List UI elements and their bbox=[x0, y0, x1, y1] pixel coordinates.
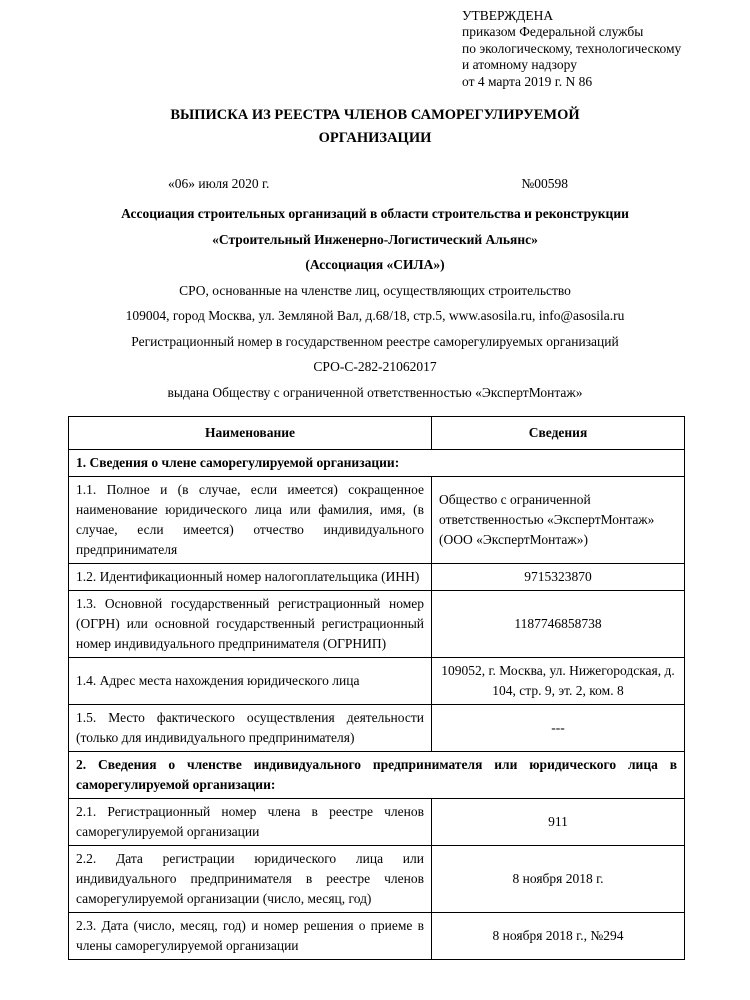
issued-to-line: выдана Обществу с ограниченной ответстве… bbox=[0, 386, 750, 400]
row-1-5-label: 1.5. Место фактического осуществления де… bbox=[69, 704, 432, 751]
approval-line-authority-3: и атомному надзору bbox=[462, 57, 712, 73]
registry-number-label: Регистрационный номер в государственном … bbox=[0, 335, 750, 349]
page-title-line-2: ОРГАНИЗАЦИИ bbox=[0, 127, 750, 150]
table-row: 1.2. Идентификационный номер налогоплате… bbox=[69, 563, 685, 590]
org-name-line-3: (Ассоциация «СИЛА») bbox=[0, 258, 750, 272]
row-1-2-value: 9715323870 bbox=[432, 563, 685, 590]
table-row: 2.2. Дата регистрации юридического лица … bbox=[69, 845, 685, 912]
row-1-4-label: 1.4. Адрес места нахождения юридического… bbox=[69, 657, 432, 704]
row-2-3-label: 2.3. Дата (число, месяц, год) и номер ре… bbox=[69, 912, 432, 959]
page-title: ВЫПИСКА ИЗ РЕЕСТРА ЧЛЕНОВ САМОРЕГУЛИРУЕМ… bbox=[0, 104, 750, 150]
table-row: 1.1. Полное и (в случае, если имеется) с… bbox=[69, 476, 685, 563]
row-1-1-label: 1.1. Полное и (в случае, если имеется) с… bbox=[69, 476, 432, 563]
organization-block: Ассоциация строительных организаций в об… bbox=[0, 207, 750, 400]
row-1-3-value: 1187746858738 bbox=[432, 590, 685, 657]
row-2-3-value: 8 ноября 2018 г., №294 bbox=[432, 912, 685, 959]
table-row: 1.3. Основной государственный регистраци… bbox=[69, 590, 685, 657]
section-row-1: 1. Сведения о члене саморегулируемой орг… bbox=[69, 449, 685, 476]
table-row: 1.5. Место фактического осуществления де… bbox=[69, 704, 685, 751]
approval-stamp: УТВЕРЖДЕНА bbox=[462, 8, 712, 24]
meta-row: «06» июля 2020 г. №00598 bbox=[168, 176, 568, 192]
row-2-1-label: 2.1. Регистрационный номер члена в реест… bbox=[69, 798, 432, 845]
row-1-3-label: 1.3. Основной государственный регистраци… bbox=[69, 590, 432, 657]
row-2-2-label: 2.2. Дата регистрации юридического лица … bbox=[69, 845, 432, 912]
org-address-line: 109004, город Москва, ул. Земляной Вал, … bbox=[0, 309, 750, 323]
document-number: №00598 bbox=[521, 176, 568, 192]
approval-line-authority-1: приказом Федеральной службы bbox=[462, 24, 712, 40]
column-header-name: Наименование bbox=[69, 416, 432, 449]
org-name-line-1: Ассоциация строительных организаций в об… bbox=[0, 207, 750, 221]
row-1-2-label: 1.2. Идентификационный номер налогоплате… bbox=[69, 563, 432, 590]
org-name-line-2: «Строительный Инженерно-Логистический Ал… bbox=[0, 233, 750, 247]
table-header-row: Наименование Сведения bbox=[69, 416, 685, 449]
section-2-title: 2. Сведения о членстве индивидуального п… bbox=[69, 751, 685, 798]
table-row: 2.1. Регистрационный номер члена в реест… bbox=[69, 798, 685, 845]
registry-number-value: СРО-С-282-21062017 bbox=[0, 360, 750, 374]
register-table: Наименование Сведения 1. Сведения о член… bbox=[68, 416, 685, 960]
approval-block: УТВЕРЖДЕНА приказом Федеральной службы п… bbox=[462, 0, 712, 90]
section-1-title: 1. Сведения о члене саморегулируемой орг… bbox=[69, 449, 685, 476]
row-2-1-value: 911 bbox=[432, 798, 685, 845]
row-1-5-value: --- bbox=[432, 704, 685, 751]
sro-type-line: СРО, основанные на членстве лиц, осущест… bbox=[0, 284, 750, 298]
approval-order-date: от 4 марта 2019 г. N 86 bbox=[462, 74, 712, 90]
row-1-4-value: 109052, г. Москва, ул. Нижегородская, д.… bbox=[432, 657, 685, 704]
issue-date: «06» июля 2020 г. bbox=[168, 176, 269, 192]
column-header-info: Сведения bbox=[432, 416, 685, 449]
document-page: УТВЕРЖДЕНА приказом Федеральной службы п… bbox=[0, 0, 750, 1000]
section-row-2: 2. Сведения о членстве индивидуального п… bbox=[69, 751, 685, 798]
approval-line-authority-2: по экологическому, технологическому bbox=[462, 41, 712, 57]
page-title-line-1: ВЫПИСКА ИЗ РЕЕСТРА ЧЛЕНОВ САМОРЕГУЛИРУЕМ… bbox=[0, 104, 750, 127]
row-1-1-value: Общество с ограниченной ответственностью… bbox=[432, 476, 685, 563]
table-row: 2.3. Дата (число, месяц, год) и номер ре… bbox=[69, 912, 685, 959]
row-2-2-value: 8 ноября 2018 г. bbox=[432, 845, 685, 912]
table-row: 1.4. Адрес места нахождения юридического… bbox=[69, 657, 685, 704]
